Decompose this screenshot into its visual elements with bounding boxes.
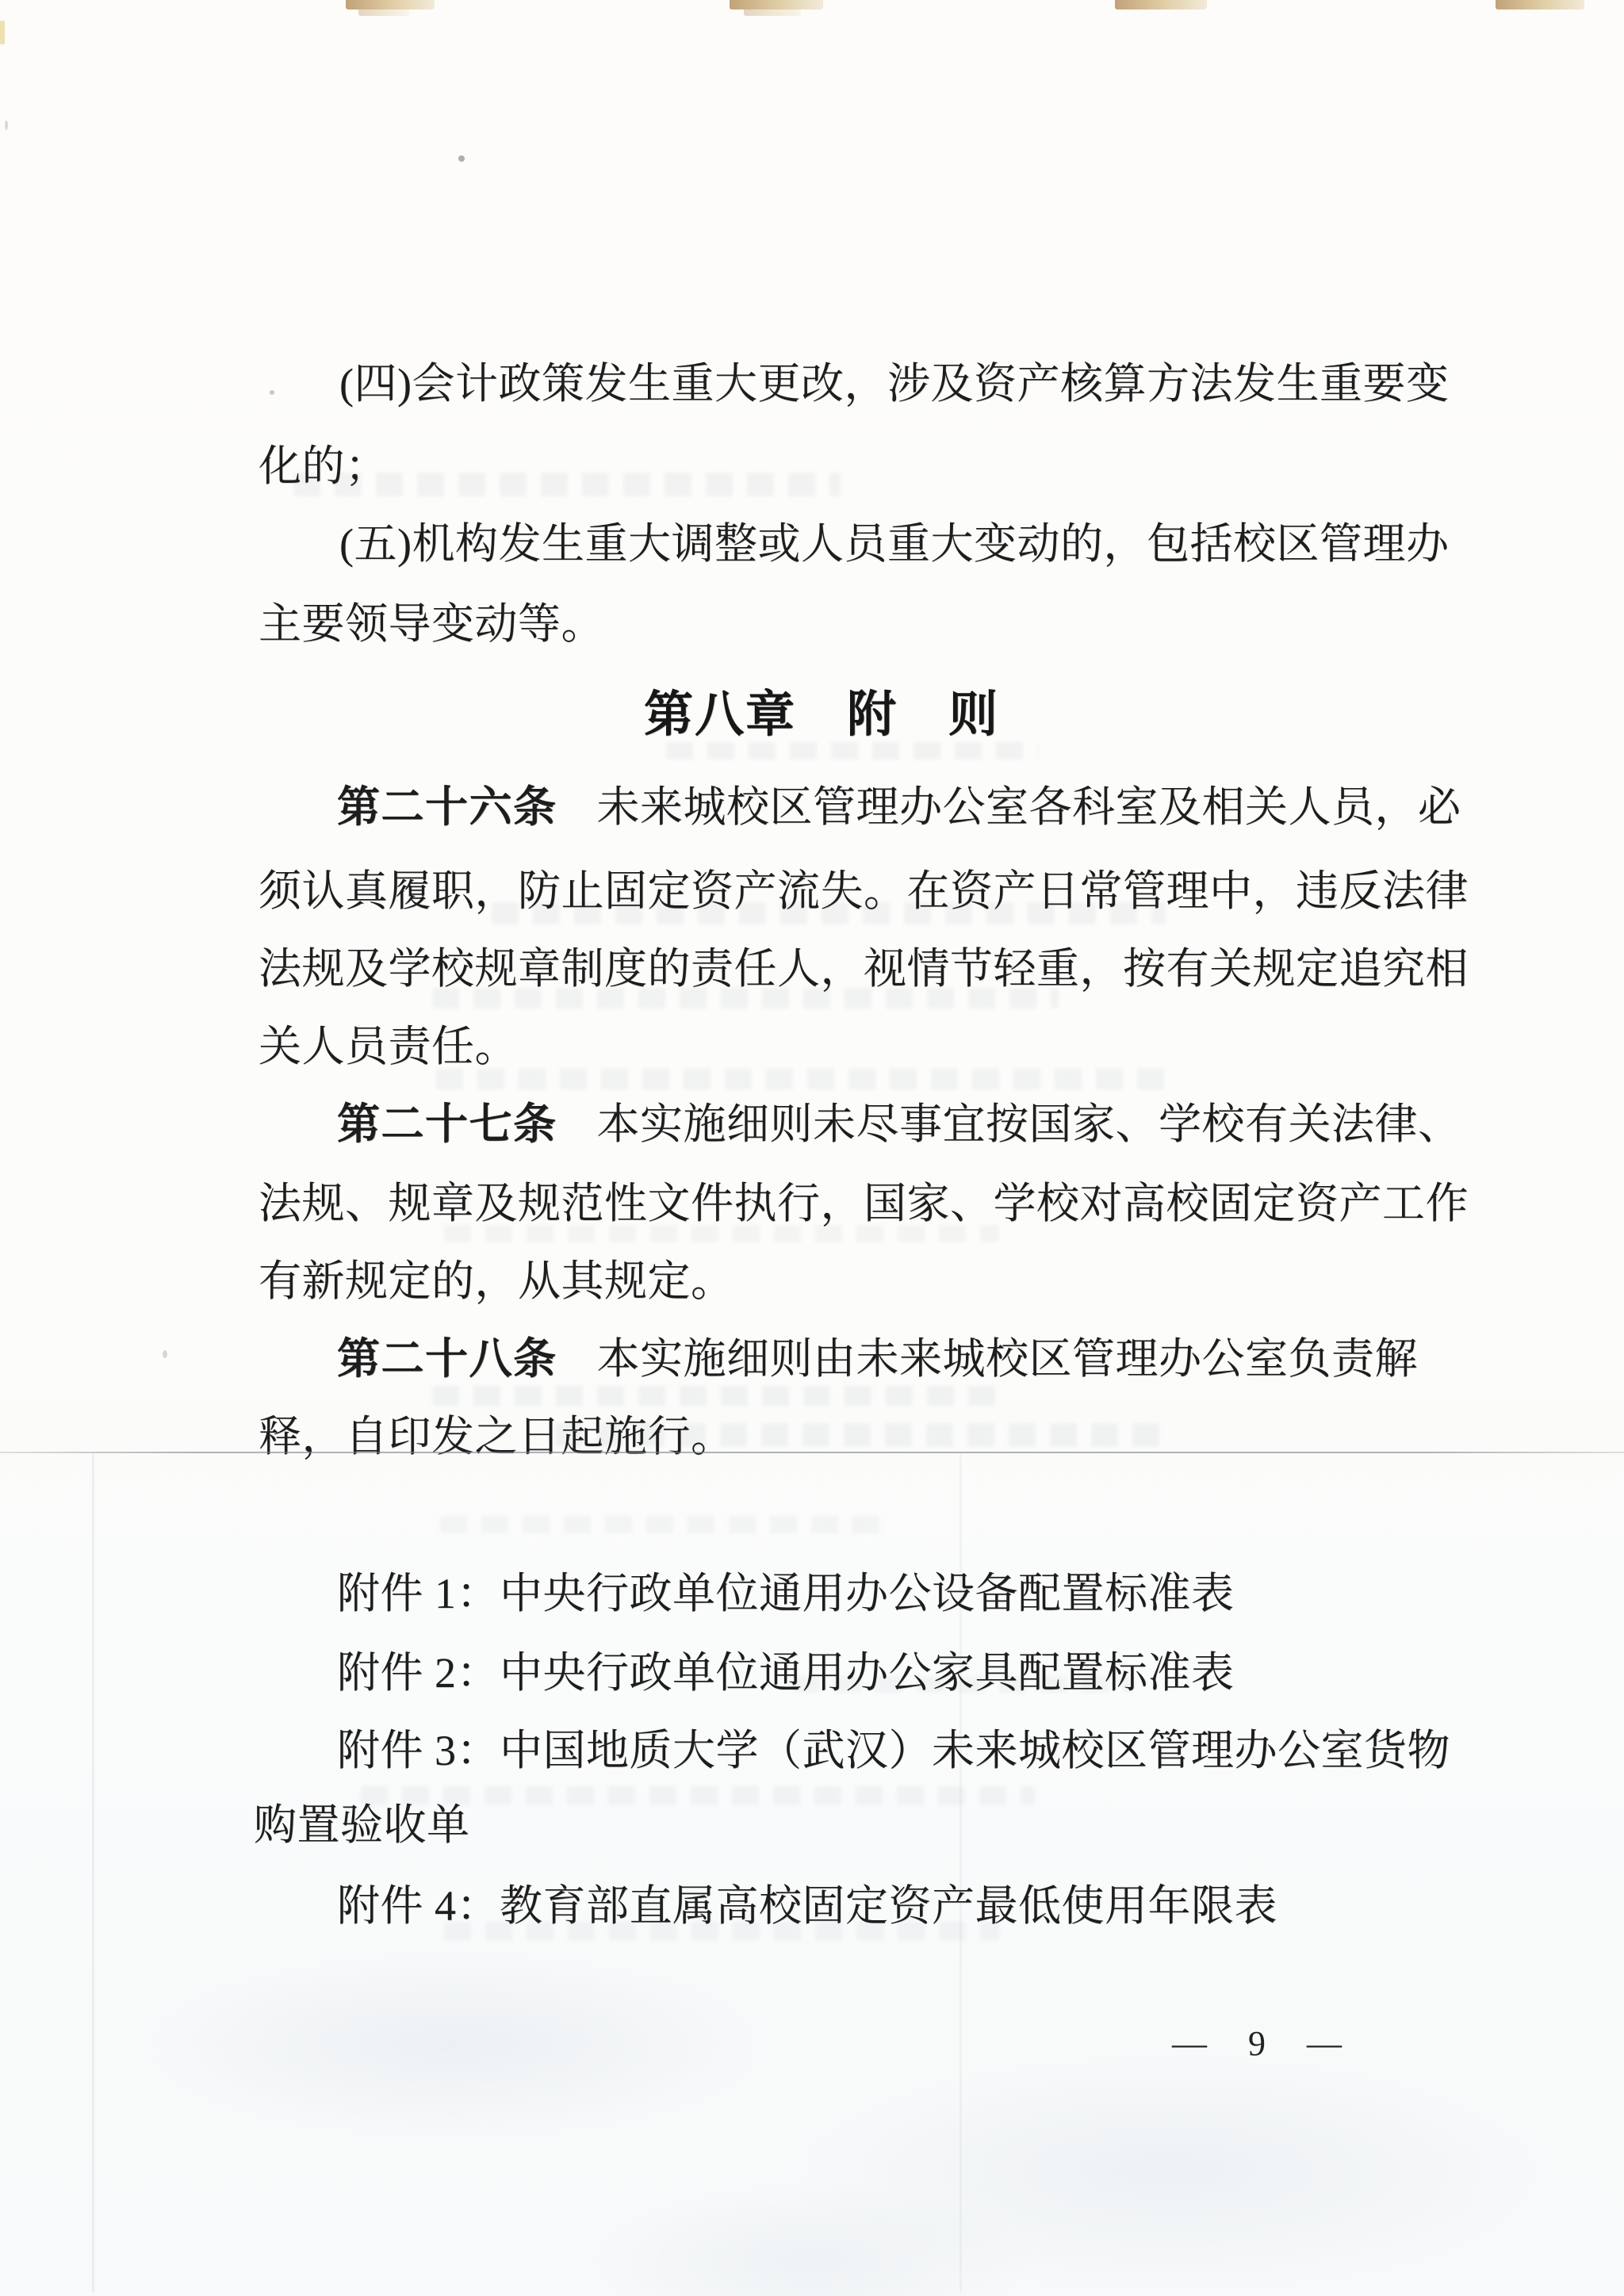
article-27-line-3: 有新规定的，从其规定。: [259, 1256, 734, 1307]
article-26-line-2: 须认真履职，防止固定资产流失。在资产日常管理中，违反法律: [259, 866, 1469, 917]
attachment-2: 附件 2：中央行政单位通用办公家具配置标准表: [337, 1647, 1235, 1699]
clause-5-line-2: 主要领导变动等。: [259, 599, 604, 650]
attachment-3-line-1: 附件 3：中国地质大学（武汉）未来城校区管理办公室货物: [337, 1725, 1450, 1777]
article-27-text: 本实施细则未尽事宜按国家、学校有关法律、: [597, 1100, 1461, 1148]
scan-bleedthrough: [666, 742, 1039, 760]
attachment-1: 附件 1：中央行政单位通用办公设备配置标准表: [337, 1568, 1235, 1620]
page-number-value: 9: [1248, 2023, 1266, 2064]
article-27-line-1: 第二十七条本实施细则未尽事宜按国家、学校有关法律、: [337, 1099, 1461, 1150]
page-number-dash-right: —: [1307, 2024, 1342, 2063]
scan-mark-top-3: [1115, 0, 1207, 10]
attachment-4: 附件 4：教育部直属高校固定资产最低使用年限表: [337, 1881, 1277, 1932]
article-26-line-3: 法规及学校规章制度的责任人，视情节轻重，按有关规定追究相: [259, 943, 1469, 995]
scan-speck: [163, 1350, 167, 1358]
page-number-dash-left: —: [1172, 2024, 1207, 2063]
scan-mark-top-5: [358, 10, 409, 16]
article-28-line-2: 释，自印发之日起施行。: [259, 1411, 734, 1463]
scan-mark-top-6: [744, 10, 801, 16]
page-number: —9—: [1172, 2023, 1342, 2064]
chapter-heading: 第八章 附 则: [19, 687, 1624, 743]
clause-5-line-1: (五)机构发生重大调整或人员重大变动的，包括校区管理办: [339, 519, 1449, 570]
document-page: (四)会计政策发生重大更改，涉及资产核算方法发生重要变 化的； (五)机构发生重…: [0, 0, 1624, 2296]
scan-mark-top-1: [346, 0, 435, 10]
article-26-number: 第二十六条: [337, 783, 557, 831]
scan-bleedthrough: [440, 1516, 884, 1533]
article-27-number: 第二十七条: [337, 1100, 557, 1148]
article-28-text: 本实施细则由未来城校区管理办公室负责解: [597, 1335, 1419, 1383]
scan-speck: [458, 155, 465, 162]
scan-speck: [0, 21, 5, 44]
scan-seam-line: [0, 1452, 1624, 1453]
scan-mark-top-4: [1496, 0, 1584, 10]
scan-speck: [270, 390, 274, 395]
scan-bleedthrough: [432, 1386, 995, 1406]
attachment-3-line-2: 购置验收单: [254, 1800, 470, 1851]
clause-4-line-1: (四)会计政策发生重大更改，涉及资产核算方法发生重要变: [339, 358, 1449, 410]
scan-bleedthrough: [436, 1069, 1166, 1089]
article-28-line-1: 第二十八条本实施细则由未来城校区管理办公室负责解: [337, 1334, 1418, 1385]
scan-texture: [0, 1934, 1624, 2296]
scan-mark-top-2: [730, 0, 823, 10]
article-26-line-1: 第二十六条未来城校区管理办公室各科室及相关人员，必: [337, 782, 1461, 833]
scan-speck: [5, 121, 8, 130]
article-26-line-4: 关人员责任。: [259, 1021, 518, 1073]
clause-4-line-2: 化的；: [259, 441, 389, 492]
article-26-text: 未来城校区管理办公室各科室及相关人员，必: [597, 783, 1461, 831]
article-28-number: 第二十八条: [337, 1335, 557, 1383]
article-27-line-2: 法规、规章及规范性文件执行，国家、学校对高校固定资产工作: [259, 1178, 1469, 1230]
